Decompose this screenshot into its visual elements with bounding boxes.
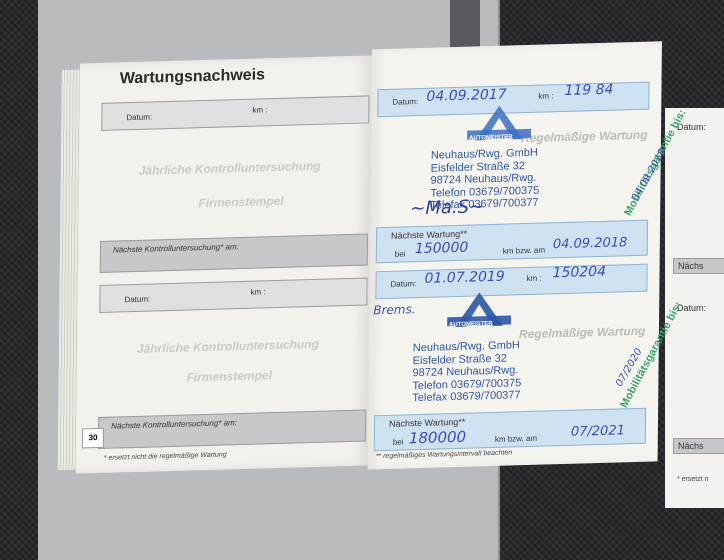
- left-page: Wartungsnachweis Datum: km : Jährliche K…: [76, 55, 372, 473]
- handwritten-next-date: 04.09.2018: [553, 235, 628, 252]
- stamp-area-title: Jährliche Kontrolluntersuchung: [139, 159, 321, 178]
- next-page-footnote: * ersetzt n: [677, 476, 709, 483]
- handwritten-date: 01.07.2019: [424, 269, 504, 287]
- next-page-bar: Nächs: [673, 438, 724, 454]
- page-number: 30: [82, 428, 104, 449]
- handwritten-next-km: 180000: [409, 428, 466, 448]
- handwritten-km: 119 84: [564, 82, 613, 99]
- page-title: Wartungsnachweis: [120, 66, 265, 88]
- handwritten-km: 150204: [552, 264, 606, 281]
- service-booklet: Wartungsnachweis Datum: km : Jährliche K…: [57, 41, 662, 498]
- date-km-row: Datum: km :: [101, 95, 369, 130]
- next-check-row: Nächste Kontrolluntersuchung* am:: [100, 233, 368, 272]
- handwritten-next-date: 07/2021: [571, 423, 625, 440]
- signature: ~Ma.S~: [410, 196, 484, 219]
- right-page: Datum: 04.09.2017 km : 119 84 Regelmäßig…: [368, 41, 662, 469]
- next-service-row: Nächste Wartung** bei 150000 km bzw. am …: [376, 220, 648, 264]
- stamp-area-label: Firmenstempel: [187, 368, 273, 384]
- stamp-area-title: Regelmäßige Wartung: [519, 324, 646, 342]
- footnote: ** regelmäßiges Wartungsintervall beacht…: [376, 449, 513, 460]
- next-service-row: Nächste Wartung** bei 180000 km bzw. am …: [374, 408, 646, 452]
- stamp-area-label: Firmenstempel: [198, 194, 284, 210]
- handwritten-next-km: 150000: [415, 240, 469, 257]
- dealer-stamp: Neuhaus/Rwg. GmbH Eisfelder Straße 32 98…: [412, 339, 522, 405]
- footnote: * ersetzt nicht die regelmäßige Wartung: [104, 451, 227, 461]
- next-check-row: Nächste Kontrolluntersuchung* am:: [98, 410, 366, 449]
- stamp-area-title: Jährliche Kontrolluntersuchung: [137, 337, 319, 356]
- date-km-row: Datum: km :: [99, 277, 367, 312]
- handwritten-note: Brems.: [373, 302, 415, 317]
- date-km-row: Datum: 01.07.2019 km : 150204: [375, 264, 647, 300]
- next-page-bar: Nächs: [673, 258, 724, 274]
- stamp-area-title: Regelmäßige Wartung: [521, 128, 648, 146]
- handwritten-date: 04.09.2017: [426, 87, 506, 105]
